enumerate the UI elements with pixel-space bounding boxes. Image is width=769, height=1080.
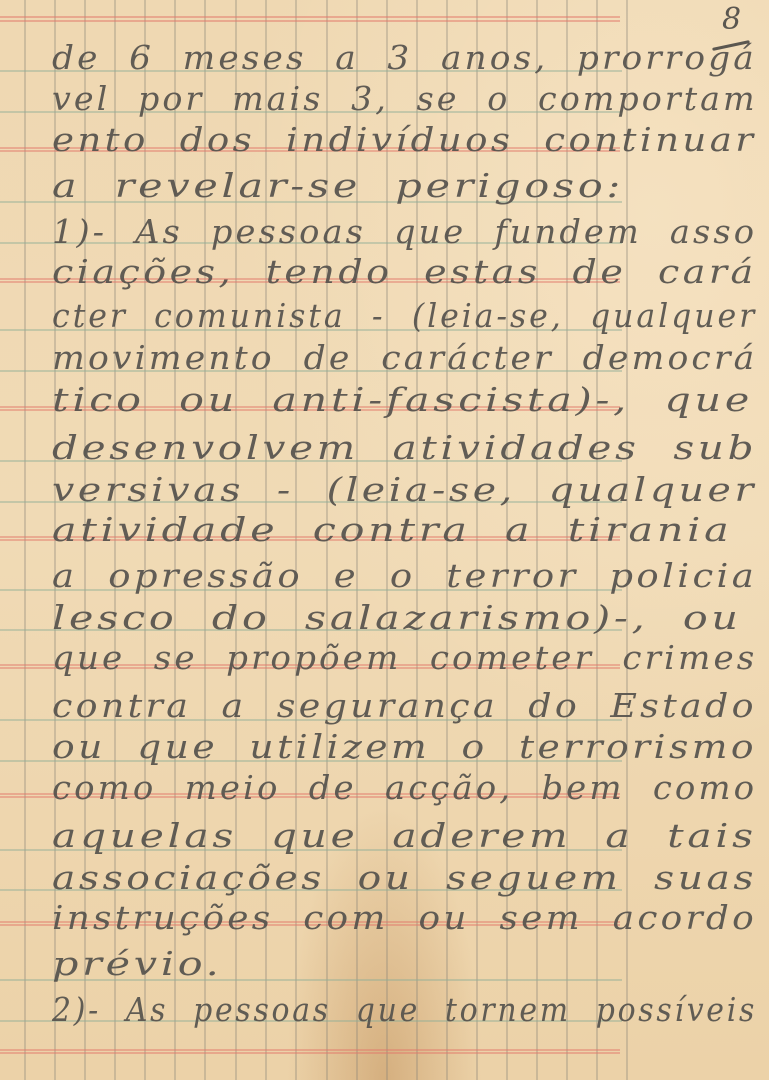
text-line-15: que se propõem cometer crimes	[52, 638, 757, 677]
text-line-8: movimento de carácter democrá	[52, 338, 757, 377]
text-line-11: versivas - (leia-se, qualquer	[52, 470, 757, 509]
page-number: 8	[722, 2, 741, 37]
text-line-19: aquelas que aderem a tais	[52, 816, 757, 855]
text-line-10: desenvolvem atividades sub	[52, 428, 757, 467]
text-line-16: contra a segurança do Estado	[52, 686, 757, 725]
text-line-7: cter comunista - (leia-se, qualquer	[52, 296, 757, 335]
text-line-14: lesco do salazarismo)-, ou	[52, 598, 742, 637]
text-line-22: prévio.	[52, 944, 223, 983]
text-line-23: 2)- As pessoas que tornem possíveis	[52, 990, 757, 1029]
text-line-5: 1)- As pessoas que fundem asso	[52, 212, 757, 251]
text-line-13: a opressão e o terror policia	[52, 556, 757, 595]
text-line-4: a revelar-se perigoso:	[52, 166, 624, 205]
text-line-18: como meio de acção, bem como	[52, 768, 757, 807]
notebook-page: 8 de 6 meses a 3 anos, prorrogá vel por …	[0, 0, 769, 1080]
text-line-17: ou que utilizem o terrorismo	[52, 727, 757, 766]
text-line-9: tico ou anti-fascista)-, que	[52, 380, 753, 419]
text-line-12: atividade contra a tirania	[52, 510, 732, 549]
text-line-2: vel por mais 3, se o comportam	[52, 79, 758, 118]
text-line-1: de 6 meses a 3 anos, prorrogá	[52, 38, 757, 77]
text-line-20: associações ou seguem suas	[52, 858, 757, 897]
text-line-21: instruções com ou sem acordo	[52, 898, 757, 937]
text-line-3: ento dos indivíduos continuar	[52, 120, 756, 159]
text-line-6: ciações, tendo estas de cará	[52, 252, 757, 291]
